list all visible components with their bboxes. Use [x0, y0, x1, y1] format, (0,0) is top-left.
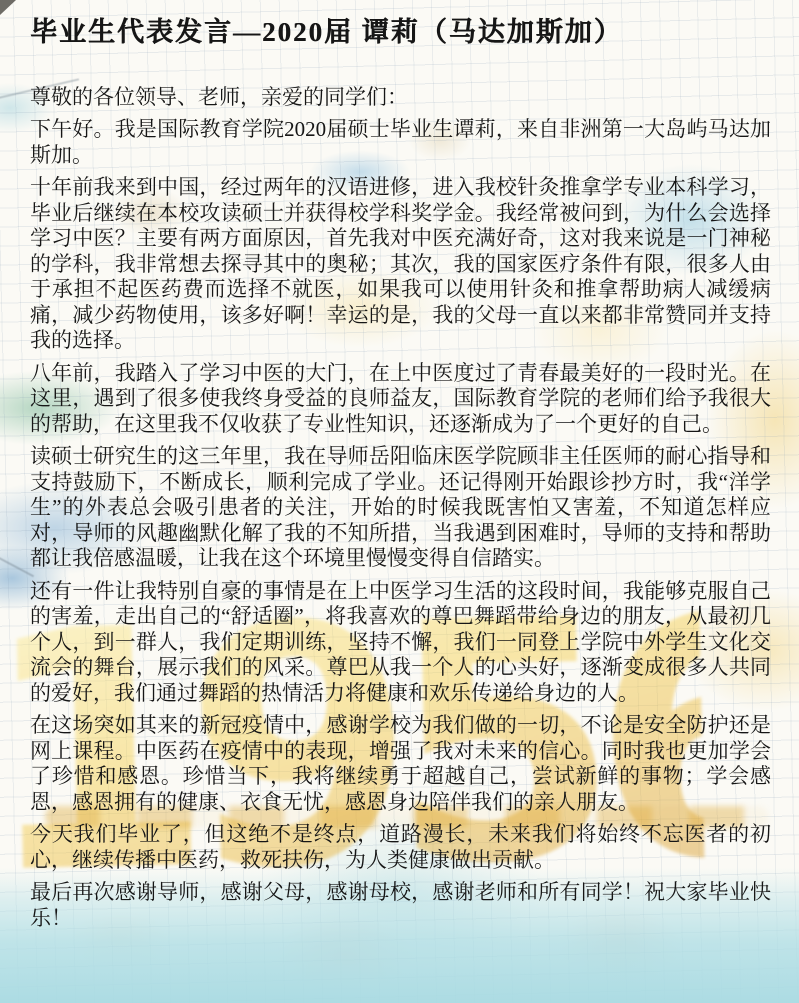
salutation-line: 尊敬的各位领导、老师，亲爱的同学们： — [30, 85, 771, 111]
speech-content: 毕业生代表发言—2020届 谭莉（马达加斯加） 尊敬的各位领导、老师，亲爱的同学… — [30, 14, 771, 938]
photo-corner-mark — [0, 0, 16, 15]
page-title: 毕业生代表发言—2020届 谭莉（马达加斯加） — [30, 14, 771, 52]
speech-paragraph-5: 还有一件让我特别自豪的事情是在上中医学习生活的这段时间，我能够克服自己的害羞，走… — [30, 579, 771, 707]
speech-paragraph-1: 下午好。我是国际教育学院2020届硕士毕业生谭莉，来自非洲第一大岛屿马达加斯加。 — [30, 117, 771, 168]
speech-paragraph-4: 读硕士研究生的这三年里，我在导师岳阳临床医学院顾非主任医师的耐心指导和支持鼓励下… — [30, 444, 771, 572]
speech-paragraph-8: 最后再次感谢导师，感谢父母，感谢母校，感谢老师和所有同学！祝大家毕业快乐！ — [30, 880, 771, 931]
speech-paragraph-3: 八年前，我踏入了学习中医的大门，在上中医度过了青春最美好的一段时光。在这里，遇到… — [30, 361, 771, 438]
speech-paragraph-6: 在这场突如其来的新冠疫情中，感谢学校为我们做的一切，不论是安全防护还是网上课程。… — [30, 713, 771, 815]
speech-document-page: 1956 毕业生代表发言—2020届 谭莉（马达加斯加） 尊敬的各位领导、老师，… — [0, 0, 799, 1003]
speech-paragraph-7: 今天我们毕业了，但这绝不是终点，道路漫长，未来我们将始终不忘医者的初心，继续传播… — [30, 822, 771, 873]
speech-paragraph-2: 十年前我来到中国，经过两年的汉语进修，进入我校针灸推拿学专业本科学习，毕业后继续… — [30, 175, 771, 354]
